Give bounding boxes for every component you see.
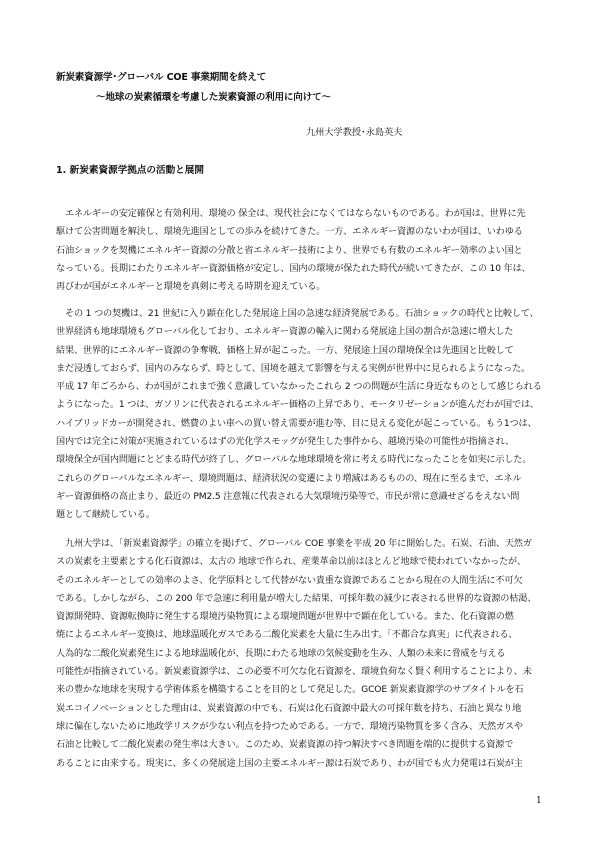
document-title: 新炭素資源学･グローバル COE 事業期間を終えて (56, 71, 266, 85)
text-line: 球に偏在しないために地政学リスクが少ない利点を持つためである。一方で、環境汚染物… (56, 718, 546, 736)
text-line: ようになった。1 つは、ガソリンに代表されるエネルギー価格の上昇であり、モータリ… (56, 396, 546, 414)
text-line: ハイブリッドカーが開発され、燃費のよい車への買い替え需要が進む等、目に見える変化… (56, 415, 546, 433)
document-page: 新炭素資源学･グローバル COE 事業期間を終えて ～地球の炭素循環を考慮した炭… (0, 0, 595, 842)
text-line: 炭エコイノベーションとした理由は、炭素資源の中でも、石炭は化石資源中最大の可採年… (56, 700, 546, 718)
text-line: 来の豊かな地球を実現する学術体系を構築することを目的として発足した。GCOE 新… (56, 681, 546, 699)
author-line: 九州大学教授･永島英夫 (306, 126, 402, 140)
text-line: 石油ショックを契機にエネルギー資源の分散と省エネルギー技術により、世界でも有数の… (56, 242, 546, 260)
text-line: 再びわが国がエネルギーと環境を真剣に考える時期を迎えている。 (56, 278, 546, 296)
text-line: 平成 17 年ごろから、わが国がこれまで強く意識していなかったこれら 2 つの問… (56, 378, 546, 396)
paragraph-3: 九州大学は、「新炭素資源学」の確立を掲げて、グローバル COE 事業を平成 20… (56, 535, 546, 773)
text-line: あることに由来する。現実に、多くの発展途上国の主要エネルギー源は石炭であり、わが… (56, 755, 546, 773)
text-line: 石油と比較して二酸化炭素の発生率は大きい。このため、炭素資源の持つ解決すべき問題… (56, 736, 546, 754)
text-line: 可能性が指摘されている。新炭素資源学は、この必要不可欠な化石資源を、環境負荷なく… (56, 663, 546, 681)
document-subtitle: ～地球の炭素循環を考慮した炭素資源の利用に向けて～ (96, 91, 331, 105)
text-line: エネルギーの安定確保と有効利用、環境の 保全は、現代社会になくてはならないもので… (56, 205, 546, 223)
page-number: 1 (536, 795, 542, 807)
text-line: そのエネルギーとしての効率のよさ、化学原料として代替がない貴重な資源であることか… (56, 572, 546, 590)
text-line: である。しかしながら、この 200 年で急速に利用量が増大した結果、可採年数の減… (56, 590, 546, 608)
text-line: まだ浸透しておらず、国内のみならず、時として、国境を越えて影響を与える実例が世界… (56, 360, 546, 378)
paragraph-1: エネルギーの安定確保と有効利用、環境の 保全は、現代社会になくてはならないもので… (56, 205, 546, 296)
paragraph-2: その 1 つの契機は、21 世紀に入り顕在化した発展途上国の急速な経済発展である… (56, 305, 546, 525)
section-heading: 1. 新炭素資源学拠点の活動と展開 (56, 164, 204, 178)
text-line: 人為的な二酸化炭素発生による地球温暖化が、長期にわたる地球の気候変動を生み、人類… (56, 645, 546, 663)
text-line: 環境保全が国内問題にとどまる時代が終了し、グローバルな地球環境を常に考える時代に… (56, 451, 546, 469)
text-line: その 1 つの契機は、21 世紀に入り顕在化した発展途上国の急速な経済発展である… (56, 305, 546, 323)
text-line: 世界経済も地球環境もグローバル化しており、エネルギー資源の輸入に関わる発展途上国… (56, 323, 546, 341)
text-line: 国内では完全に対策が実施されているはずの光化学スモッグが発生した事件から、越境汚… (56, 433, 546, 451)
text-line: これらのグローバルなエネルギー、環境問題は、経済状況の変遷により増減はあるものの… (56, 470, 546, 488)
text-line: なっている。長期にわたりエネルギー資源価格が安定し、国内の環境が保たれた時代が続… (56, 260, 546, 278)
text-line: 九州大学は、「新炭素資源学」の確立を掲げて、グローバル COE 事業を平成 20… (56, 535, 546, 553)
text-line: 題として継続している。 (56, 506, 546, 524)
text-line: 駆けて公害問題を解決し、環境先進国としての歩みを続けてきた。一方、エネルギー資源… (56, 223, 546, 241)
text-line: 結果、世界的にエネルギー資源の争奪戦、価格上昇が起こった。一方、発展途上国の環境… (56, 342, 546, 360)
text-line: 焼によるエネルギー変換は、地球温暖化ガスである二酸化炭素を大量に生み出す。「不都… (56, 626, 546, 644)
text-line: スの炭素を主要素とする化石資源は、太古の 地球で作られ、産業革命以前はほとんど地… (56, 553, 546, 571)
text-line: 資源開発時、資源転換時に発生する環境汚染物質による環境問題が世界中で顕在化してい… (56, 608, 546, 626)
text-line: ギー資源価格の高止まり、最近の PM2.5 注意報に代表される大気環境汚染等で、… (56, 488, 546, 506)
